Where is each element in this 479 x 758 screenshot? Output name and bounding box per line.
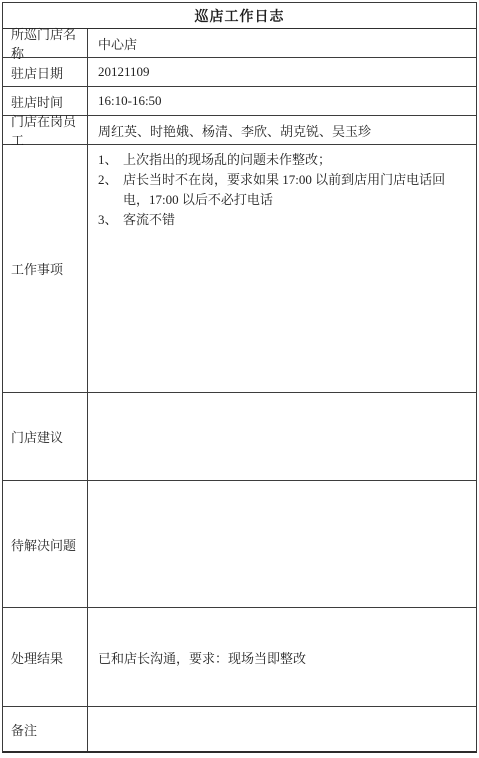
- work-item-number: 1、: [98, 150, 123, 170]
- work-item: 3、 客流不错: [98, 210, 468, 230]
- inspection-log-table: 巡店工作日志 所巡门店名称 中心店 驻店日期 20121109 驻店时间 16:…: [2, 2, 477, 753]
- visit-time-value: 16:10-16:50: [88, 87, 476, 115]
- staff-on-duty-value: 周红英、时艳娥、杨清、李欣、胡克锐、吴玉珍: [88, 116, 476, 144]
- visit-date-label: 驻店日期: [3, 58, 88, 86]
- pending-issues-label: 待解决问题: [3, 481, 88, 607]
- handling-result-label: 处理结果: [3, 608, 88, 706]
- staff-on-duty-label: 门店在岗员工: [3, 116, 88, 144]
- store-name-value: 中心店: [88, 29, 476, 57]
- work-item-number: 2、: [98, 170, 123, 210]
- work-items-label: 工作事项: [3, 145, 88, 392]
- work-item: 1、 上次指出的现场乱的问题未作整改；: [98, 150, 468, 170]
- row-staff-on-duty: 门店在岗员工 周红英、时艳娥、杨清、李欣、胡克锐、吴玉珍: [3, 116, 476, 145]
- handling-result-value: 已和店长沟通，要求：现场当即整改: [88, 608, 476, 706]
- row-store-name: 所巡门店名称 中心店: [3, 29, 476, 58]
- remarks-value: [88, 707, 476, 751]
- row-remarks: 备注: [3, 707, 476, 751]
- work-item-number: 3、: [98, 210, 123, 230]
- pending-issues-value: [88, 481, 476, 607]
- row-work-items: 工作事项 1、 上次指出的现场乱的问题未作整改； 2、 店长当时不在岗，要求如果…: [3, 145, 476, 393]
- remarks-label: 备注: [3, 707, 88, 751]
- work-item: 2、 店长当时不在岗，要求如果 17:00 以前到店用门店电话回电，17:00 …: [98, 170, 468, 210]
- store-suggestions-label: 门店建议: [3, 393, 88, 480]
- work-item-text: 客流不错: [123, 210, 468, 230]
- work-items-list: 1、 上次指出的现场乱的问题未作整改； 2、 店长当时不在岗，要求如果 17:0…: [88, 145, 476, 392]
- visit-date-value: 20121109: [88, 58, 476, 86]
- row-visit-date: 驻店日期 20121109: [3, 58, 476, 87]
- work-item-text: 上次指出的现场乱的问题未作整改；: [123, 150, 468, 170]
- work-item-text: 店长当时不在岗，要求如果 17:00 以前到店用门店电话回电，17:00 以后不…: [123, 170, 468, 210]
- row-handling-result: 处理结果 已和店长沟通，要求：现场当即整改: [3, 608, 476, 707]
- store-suggestions-value: [88, 393, 476, 480]
- row-store-suggestions: 门店建议: [3, 393, 476, 481]
- store-name-label: 所巡门店名称: [3, 29, 88, 57]
- row-pending-issues: 待解决问题: [3, 481, 476, 608]
- document-title: 巡店工作日志: [195, 6, 285, 26]
